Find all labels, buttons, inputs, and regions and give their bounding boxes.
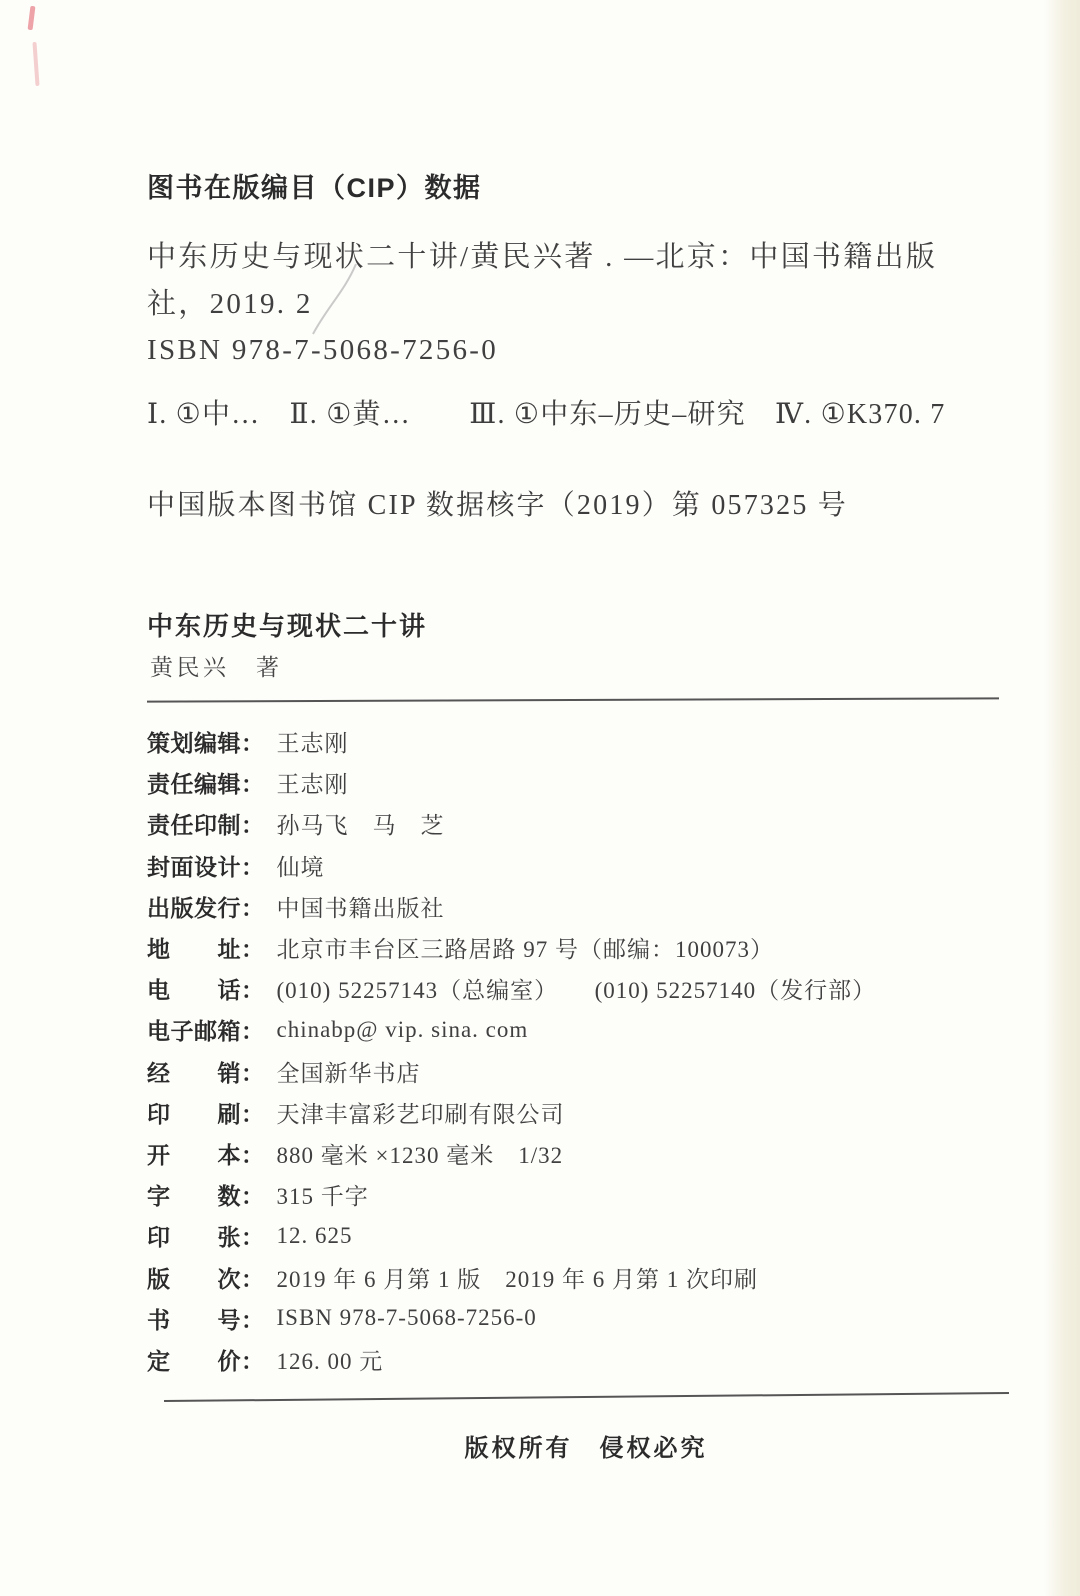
- colophon-row: 印 张： 12. 625: [147, 1215, 1027, 1256]
- colophon-value: 仙境: [277, 849, 325, 882]
- colophon-row: 字 数： 315 千字: [147, 1174, 1027, 1215]
- divider-rule-bottom: [164, 1392, 1009, 1402]
- colophon-row: 电子邮箱： chinabp@ vip. sina. com: [147, 1009, 1027, 1050]
- colophon-value: ISBN 978-7-5068-7256-0: [277, 1305, 537, 1331]
- colophon-label: 责任印制：: [147, 807, 265, 840]
- cip-classification: Ⅰ. ①中… Ⅱ. ①黄… Ⅲ. ①中东–历史–研究 Ⅳ. ①K370. 7: [147, 392, 1047, 432]
- cip-description-line: 社，2019. 2: [147, 281, 1017, 328]
- red-pen-mark: [32, 42, 39, 86]
- colophon-value: 880 毫米 ×1230 毫米 1/32: [277, 1137, 564, 1170]
- colophon-label: 经 销：: [147, 1055, 265, 1088]
- colophon-value: 王志刚: [277, 766, 349, 799]
- colophon-label: 电 话：: [147, 972, 265, 1005]
- colophon-label: 版 次：: [147, 1261, 265, 1294]
- colophon-row: 版 次： 2019 年 6 月第 1 版 2019 年 6 月第 1 次印刷: [147, 1256, 1027, 1297]
- colophon-row: 书 号： ISBN 978-7-5068-7256-0: [147, 1298, 1027, 1339]
- colophon-label: 电子邮箱：: [147, 1013, 265, 1046]
- colophon-label: 开 本：: [147, 1137, 265, 1170]
- colophon-row: 开 本： 880 毫米 ×1230 毫米 1/32: [147, 1133, 1027, 1174]
- colophon-label: 印 刷：: [147, 1096, 265, 1129]
- colophon-label: 字 数：: [147, 1178, 265, 1211]
- colophon-value: 全国新华书店: [277, 1055, 421, 1088]
- red-pen-mark: [28, 6, 36, 30]
- colophon-value: 315 千字: [277, 1178, 369, 1211]
- book-author: 黄民兴 著: [150, 649, 283, 682]
- colophon-value: 王志刚: [277, 725, 349, 758]
- scan-edge-shadow: [1044, 0, 1080, 1596]
- book-title: 中东历史与现状二十讲: [147, 606, 427, 643]
- colophon-label: 封面设计：: [147, 849, 265, 882]
- colophon-row: 印 刷： 天津丰富彩艺印刷有限公司: [147, 1092, 1027, 1133]
- colophon-value: 12. 625: [277, 1223, 353, 1249]
- cip-record-number: 中国版本图书馆 CIP 数据核字（2019）第 057325 号: [147, 483, 1027, 523]
- cip-description-line: ISBN 978-7-5068-7256-0: [147, 327, 1017, 374]
- colophon-row: 策划编辑： 王志刚: [147, 721, 1027, 762]
- cip-description: 中东历史与现状二十讲/黄民兴著 . —北京：中国书籍出版 社，2019. 2 I…: [147, 234, 1017, 374]
- colophon-label: 书 号：: [147, 1302, 265, 1335]
- colophon-table: 策划编辑： 王志刚 责任编辑： 王志刚 责任印制： 孙马飞 马 芝 封面设计： …: [147, 721, 1027, 1380]
- colophon-label: 地 址：: [147, 931, 265, 964]
- colophon-value: 中国书籍出版社: [277, 890, 445, 923]
- colophon-label: 印 张：: [147, 1219, 265, 1252]
- colophon-value: 北京市丰台区三路居路 97 号（邮编：100073）: [277, 931, 775, 964]
- divider-rule-top: [147, 697, 999, 702]
- colophon-label: 定 价：: [147, 1343, 265, 1376]
- colophon-value: chinabp@ vip. sina. com: [277, 1017, 529, 1043]
- colophon-row: 责任编辑： 王志刚: [147, 762, 1027, 803]
- colophon-row: 出版发行： 中国书籍出版社: [147, 886, 1027, 927]
- colophon-value: (010) 52257143（总编室） (010) 52257140（发行部）: [277, 972, 877, 1005]
- colophon-row: 经 销： 全国新华书店: [147, 1051, 1027, 1092]
- cip-description-line: 中东历史与现状二十讲/黄民兴著 . —北京：中国书籍出版: [147, 234, 1017, 281]
- colophon-label: 策划编辑：: [147, 725, 265, 758]
- colophon-value: 126. 00 元: [277, 1343, 384, 1376]
- colophon-label: 出版发行：: [147, 890, 265, 923]
- colophon-value: 天津丰富彩艺印刷有限公司: [277, 1096, 565, 1129]
- copyright-notice: 版权所有 侵权必究: [148, 1428, 1024, 1463]
- colophon-row: 责任印制： 孙马飞 马 芝: [147, 803, 1027, 844]
- colophon-label: 责任编辑：: [147, 766, 265, 799]
- book-copyright-page: 图书在版编目（CIP）数据 中东历史与现状二十讲/黄民兴著 . —北京：中国书籍…: [0, 0, 1080, 1596]
- cip-heading: 图书在版编目（CIP）数据: [147, 166, 482, 205]
- colophon-row: 封面设计： 仙境: [147, 845, 1027, 886]
- colophon-value: 孙马飞 马 芝: [277, 807, 445, 840]
- colophon-row: 地 址： 北京市丰台区三路居路 97 号（邮编：100073）: [147, 927, 1027, 968]
- colophon-value: 2019 年 6 月第 1 版 2019 年 6 月第 1 次印刷: [277, 1261, 759, 1294]
- colophon-row: 电 话： (010) 52257143（总编室） (010) 52257140（…: [147, 968, 1027, 1009]
- colophon-row: 定 价： 126. 00 元: [147, 1339, 1027, 1380]
